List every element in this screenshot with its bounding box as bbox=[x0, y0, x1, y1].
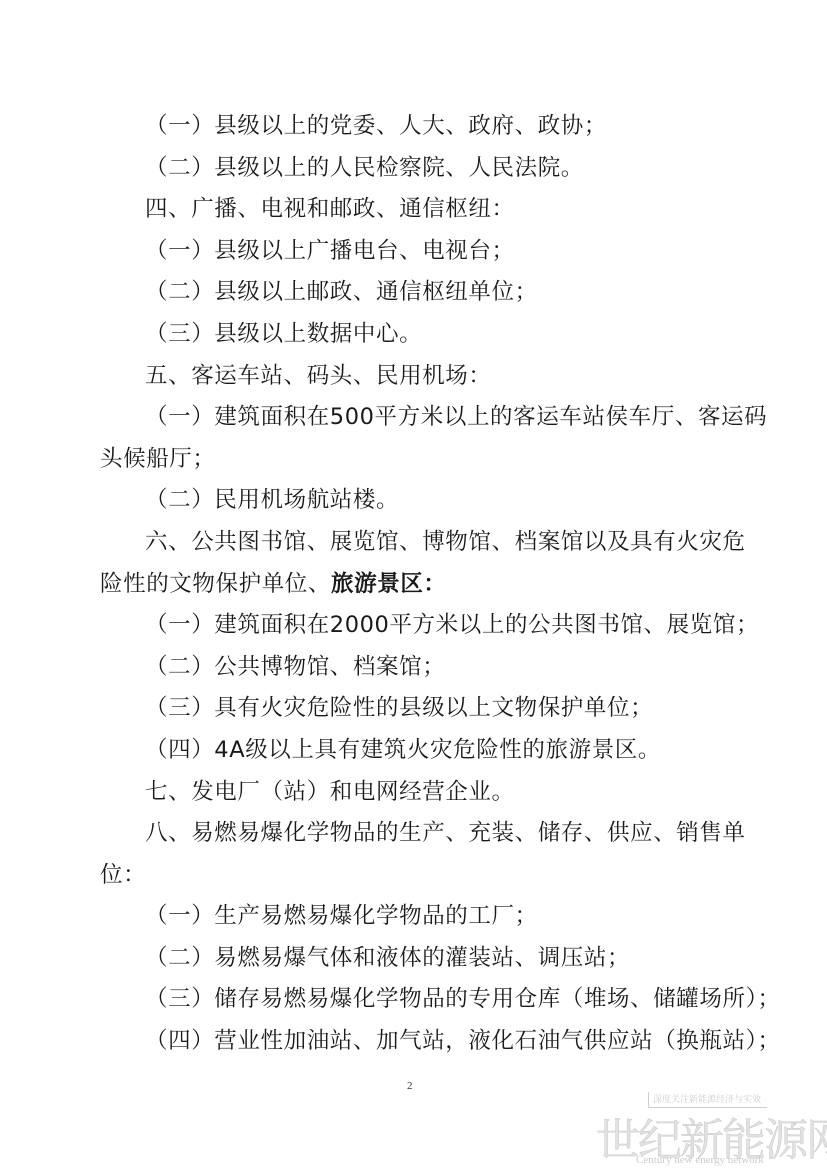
bold-emphasis: 旅游景区： bbox=[331, 571, 447, 597]
list-item: （三）具有火灾危险性的县级以上文物保护单位； bbox=[100, 688, 730, 730]
list-item: （四）营业性加油站、加气站，液化石油气供应站（换瓶站）； bbox=[100, 1021, 730, 1063]
list-item: （一）建筑面积在2000平方米以上的公共图书馆、展览馆； bbox=[100, 605, 730, 647]
page-number: 2 bbox=[407, 1080, 413, 1092]
list-item: （一）县级以上的党委、人大、政府、政协； bbox=[100, 106, 730, 148]
heading-text: 险性的文物保护单位、 bbox=[100, 571, 331, 597]
list-item: （二）民用机场航站楼。 bbox=[100, 480, 730, 522]
section-heading: 八、易燃易爆化学物品的生产、充装、储存、供应、销售单 bbox=[100, 813, 730, 855]
section-heading-continuation: 位： bbox=[100, 855, 730, 897]
list-item: （二）县级以上邮政、通信枢纽单位； bbox=[100, 272, 730, 314]
section-heading: 五、客运车站、码头、民用机场： bbox=[100, 356, 730, 398]
list-item: （二）易燃易爆气体和液体的灌装站、调压站； bbox=[100, 938, 730, 980]
list-item: （一）县级以上广播电台、电视台； bbox=[100, 231, 730, 273]
list-item: （三）县级以上数据中心。 bbox=[100, 314, 730, 356]
section-heading: 四、广播、电视和邮政、通信枢纽： bbox=[100, 189, 730, 231]
list-item: （一）建筑面积在500平方米以上的客运车站侯车厅、客运码 bbox=[100, 397, 730, 439]
section-heading: 七、发电厂（站）和电网经营企业。 bbox=[100, 772, 730, 814]
list-item: （四）4A级以上具有建筑火灾危险性的旅游景区。 bbox=[100, 730, 730, 772]
list-item: （一）生产易燃易爆化学物品的工厂； bbox=[100, 896, 730, 938]
list-item: （二）公共博物馆、档案馆； bbox=[100, 647, 730, 689]
list-item: （二）县级以上的人民检察院、人民法院。 bbox=[100, 148, 730, 190]
watermark-subtitle: Century new energy network bbox=[636, 1154, 764, 1166]
section-heading-continuation: 险性的文物保护单位、旅游景区： bbox=[100, 564, 730, 606]
section-heading: 六、公共图书馆、展览馆、博物馆、档案馆以及具有火灾危 bbox=[100, 522, 730, 564]
list-item-continuation: 头候船厅； bbox=[100, 439, 730, 481]
document-body: （一）县级以上的党委、人大、政府、政协； （二）县级以上的人民检察院、人民法院。… bbox=[100, 106, 730, 1063]
list-item: （三）储存易燃易爆化学物品的专用仓库（堆场、储罐场所）； bbox=[100, 979, 730, 1021]
